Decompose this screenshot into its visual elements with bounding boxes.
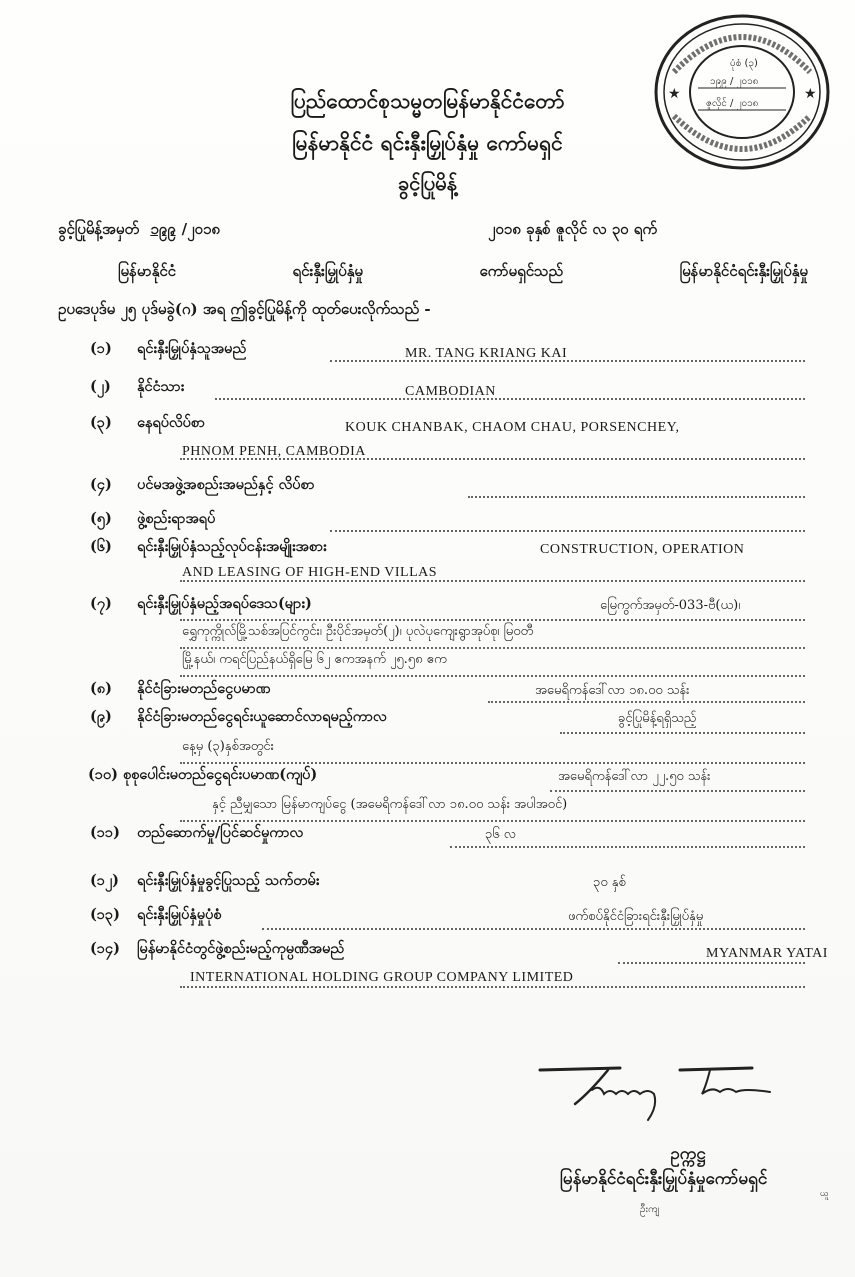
item-permit-duration: (၁၂) ရင်းနှီးမြှုပ်နှံမှုခွင့်ပြုသည့် သက…	[90, 872, 805, 893]
item-index: (၂)	[90, 378, 132, 399]
dotted-line	[215, 376, 805, 400]
item-label: စုစုပေါင်းမတည်ငွေရင်းပမာဏ(ကျပ်)	[123, 766, 317, 783]
official-seal-icon: ★ ★ ပုံစံ (၃) ၁၉၉ / ၂၀၁၈ ဇူလိုင် / ၂၀၁၈	[652, 12, 832, 172]
item-label: တည်ဆောက်မှု/ပြင်ဆင်မှုကာလ	[137, 824, 303, 841]
permit-number: ခွင့်ပြုမိန့်အမှတ် ၁၉၉/၂၀၁၈	[58, 220, 220, 242]
item-index: (၇)	[90, 595, 132, 616]
item-label: ရင်းနှီးမြှုပ်နှံသည့်လုပ်ငန်းအမျိုးအစား	[137, 538, 327, 555]
svg-text:၁၉၉ / ၂၀၁၈: ၁၉၉ / ၂၀၁၈	[710, 76, 758, 89]
svg-text:ဇူလိုင် / ၂၀၁၈: ဇူလိုင် / ၂၀၁၈	[706, 96, 758, 111]
item-index: (၅)	[90, 510, 132, 531]
item-label: နေရပ်လိပ်စာ	[137, 414, 205, 431]
dotted-line	[180, 625, 805, 649]
item-label: ရင်းနှီးမြှုပ်နှံသူအမည်	[137, 340, 246, 357]
signatory-note: ဦးကျ	[640, 1202, 659, 1217]
item-value: MYANMAR YATAI	[706, 946, 828, 962]
item-label: ပင်မအဖွဲ့အစည်းအမည်နှင့် လိပ်စာ	[137, 476, 315, 493]
dotted-line	[180, 597, 805, 621]
item-index: (၄)	[90, 476, 132, 497]
dotted-line	[180, 798, 805, 822]
item-index: (၁)	[90, 340, 132, 361]
item-value: KOUK CHANBAK, CHAOM CHAU, PORSENCHEY,	[345, 420, 679, 436]
item-value: MR. TANG KRIANG KAI	[405, 346, 567, 362]
dotted-line	[330, 338, 805, 362]
item-index: (၈)	[90, 680, 132, 701]
signature-icon	[530, 1060, 790, 1130]
svg-text:★: ★	[804, 86, 817, 102]
permit-number-value: ၁၉၉	[144, 220, 181, 238]
item-label: နိုင်ငံခြားမတည်ငွေရင်းယူဆောင်လာရမည့်ကာလ	[137, 708, 387, 725]
intro-word: မြန်မာနိုင်ငံရင်းနှီးမြှုပ်နှံမှု	[680, 262, 808, 284]
item-label: ဖွဲ့စည်းရာအရပ်	[137, 510, 215, 527]
document-title: ခွင့်ပြုမိန့်	[0, 170, 855, 200]
dotted-line	[560, 710, 805, 734]
signatory-title: ဥက္ကဋ္ဌ	[598, 1143, 778, 1168]
item-label: နိုင်ငံသား	[137, 378, 184, 395]
dotted-line	[180, 964, 805, 988]
item-label: နိုင်ငံခြားမတည်ငွေပမာဏ	[137, 680, 270, 697]
item-index: (၁၁)	[90, 824, 132, 845]
intro-word: ကော်မရှင်သည်	[480, 262, 564, 284]
item-value-continued: AND LEASING OF HIGH-END VILLAS	[182, 565, 437, 581]
dotted-line	[468, 474, 805, 498]
dotted-line	[180, 740, 805, 764]
dotted-line	[180, 653, 805, 677]
issue-date: ၂၀၁၈ ခုနှစ် ဇူလိုင် လ ၃၀ ရက်	[488, 220, 657, 242]
item-label: မြန်မာနိုင်ငံတွင်ဖွဲ့စည်းမည့်ကုမ္ပဏီအမည်	[137, 940, 344, 957]
item-value-continued: PHNOM PENH, CAMBODIA	[182, 444, 366, 460]
item-index: (၆)	[90, 538, 132, 559]
item-value: CONSTRUCTION, OPERATION	[540, 542, 744, 558]
intro-line-1: မြန်မာနိုင်ငံ ရင်းနှီးမြှုပ်နှံမှု ကော်မ…	[118, 262, 808, 284]
item-value: ၃၀ နှစ်	[593, 874, 626, 893]
permit-number-label: ခွင့်ပြုမိန့်အမှတ်	[58, 220, 139, 238]
signatory-mark: ယူ	[820, 1188, 829, 1201]
intro-word: ရင်းနှီးမြှုပ်နှံမှု	[293, 262, 363, 284]
item-value: CAMBODIAN	[405, 384, 496, 400]
svg-text:★: ★	[668, 86, 681, 102]
svg-text:ပုံစံ (၃): ပုံစံ (၃)	[730, 58, 758, 71]
item-index: (၁၂)	[90, 872, 132, 893]
item-value: ၃၆ လ	[485, 826, 516, 845]
item-index: (၉)	[90, 708, 132, 729]
dotted-line	[330, 508, 805, 532]
item-index: (၁၃)	[90, 906, 132, 927]
item-index: (၃)	[90, 414, 132, 435]
permit-number-year: /၂၀၁၈	[182, 220, 220, 238]
intro-line-2: ဥပဒေပုဒ်မ ၂၅ ပုဒ်မခွဲ(ဂ) အရ ဤခွင့်ပြုမိန…	[58, 300, 431, 322]
item-label: ရင်းနှီးမြှုပ်နှံမှုပုံစံ	[137, 906, 222, 923]
document-page: ပြည်ထောင်စုသမ္မတမြန်မာနိုင်ငံတော် မြန်မာ…	[0, 0, 855, 1277]
item-label: ရင်းနှီးမြှုပ်နှံမှုခွင့်ပြုသည့် သက်တမ်း	[137, 872, 319, 889]
intro-word: မြန်မာနိုင်ငံ	[118, 262, 176, 284]
item-index: (၁၄)	[90, 940, 132, 961]
dotted-line	[262, 906, 805, 930]
dotted-line	[550, 768, 805, 792]
item-value: ဖက်စပ်နိုင်ငံခြားရင်းနှီးမြှုပ်နှံမှု	[568, 908, 703, 927]
item-value: အမေရိကန်ဒေါ်လာ ၁၈.၀၀ သန်း	[535, 682, 689, 701]
item-index: (၁၀)	[88, 766, 118, 787]
signatory-organization: မြန်မာနိုင်ငံရင်းနှီးမြှုပ်နှံမှုကော်မရှ…	[560, 1168, 767, 1193]
